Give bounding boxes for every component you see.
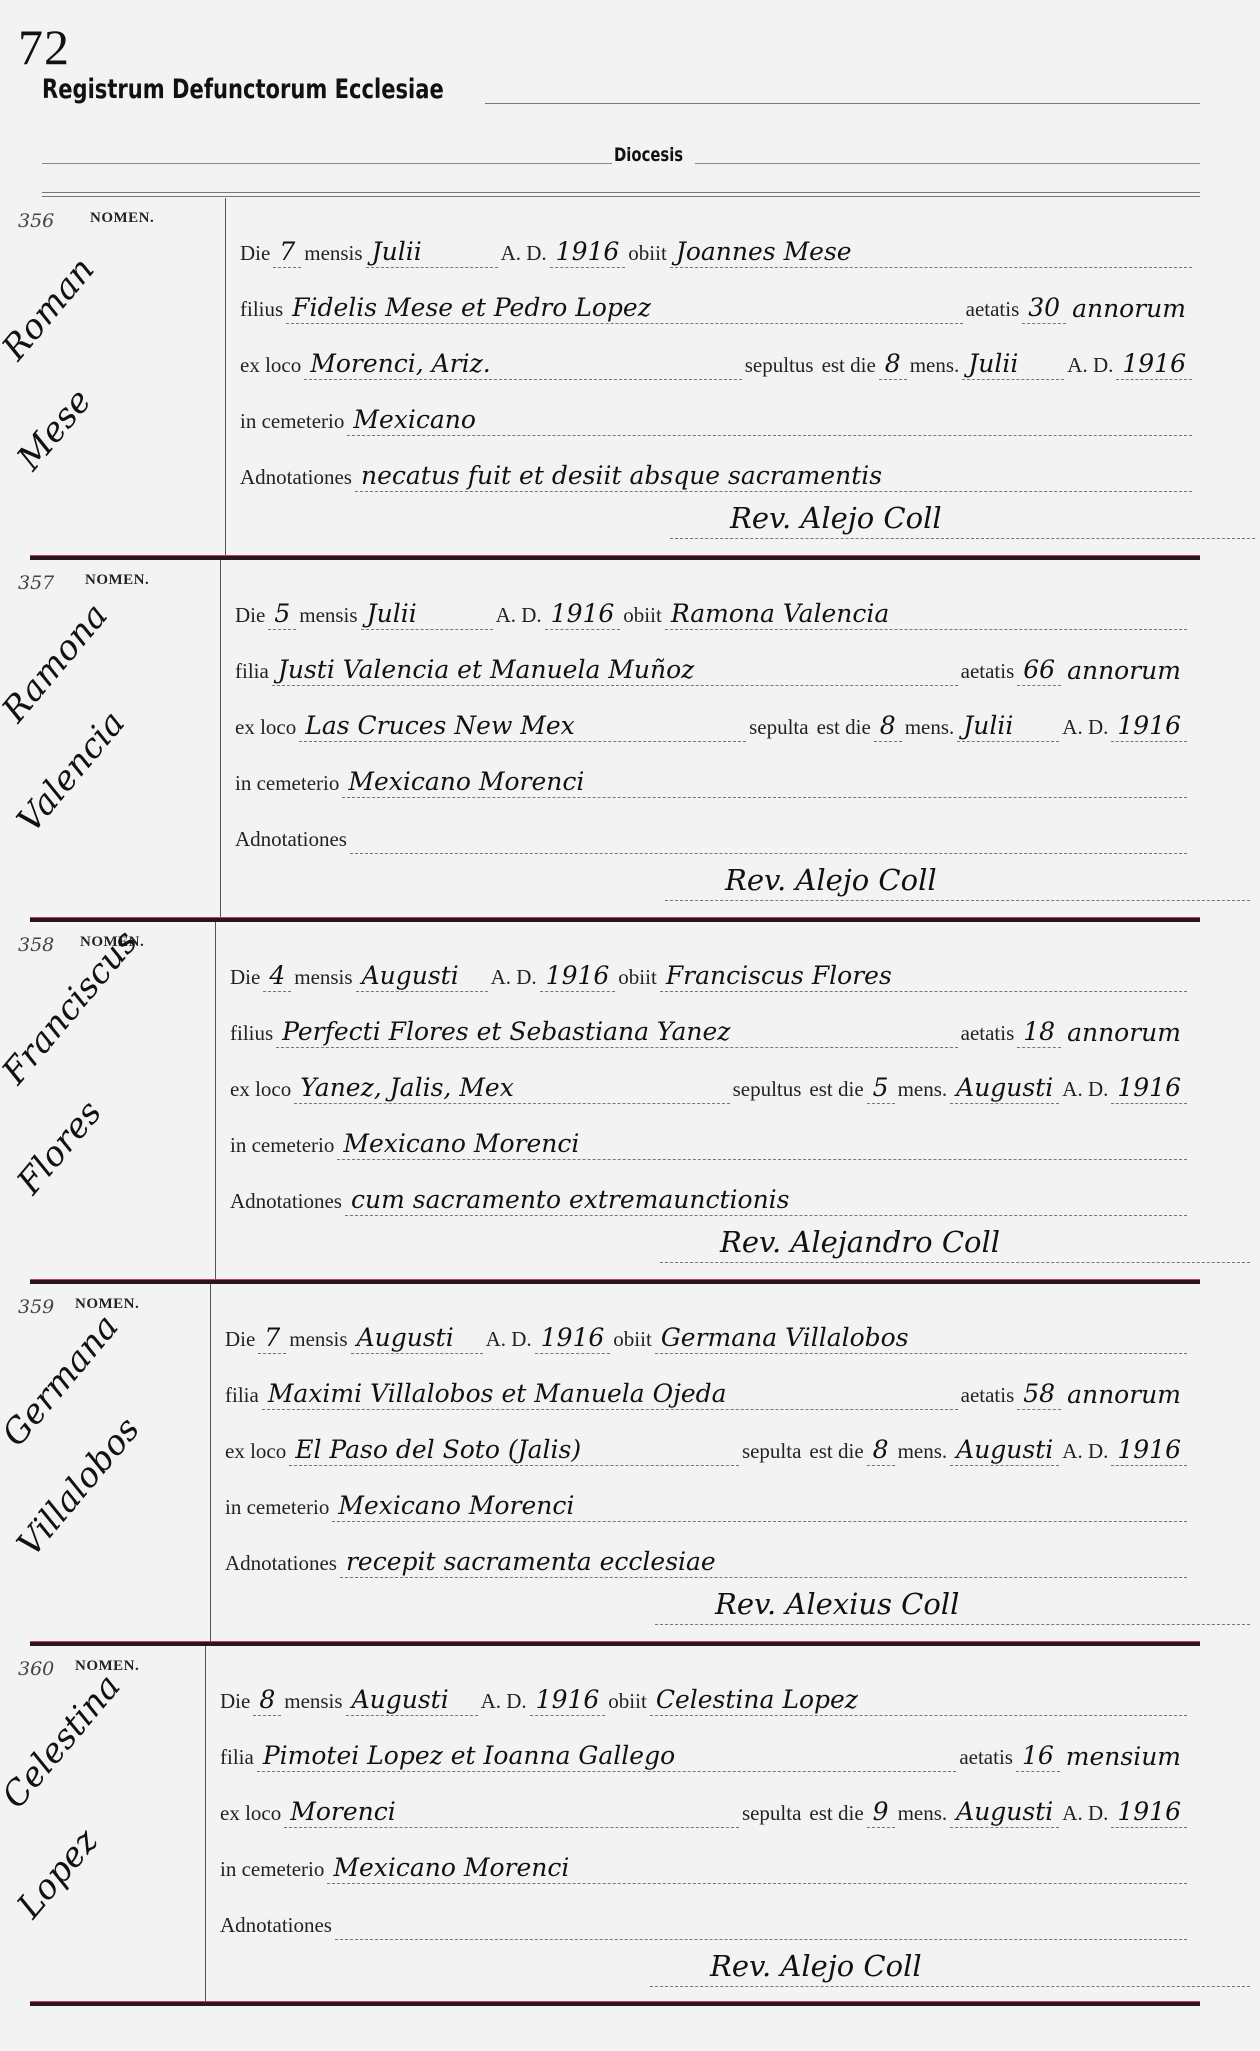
- label-die: Die: [235, 603, 265, 630]
- burial-year: 1916: [1111, 1073, 1187, 1104]
- priest-signature: Rev. Alejo Coll: [670, 498, 1255, 539]
- annotations-text: recepit sacramenta ecclesiae: [340, 1547, 1187, 1578]
- age-value: 30: [1022, 293, 1066, 324]
- death-day: 5: [268, 599, 296, 630]
- cemetery-line: in cemeterio Mexicano Morenci: [235, 758, 1190, 798]
- entry-separator: [30, 2002, 1200, 2006]
- column-divider: [205, 1646, 206, 2006]
- death-year: 1916: [535, 1323, 611, 1354]
- burial-year: 1916: [1111, 1435, 1187, 1466]
- label-sepultus: sepultus: [733, 1077, 802, 1104]
- label-obiit: obiit: [613, 1327, 652, 1354]
- annotations-line: Adnotationes recepit sacramenta ecclesia…: [225, 1538, 1190, 1578]
- burial-line: ex loco El Paso del Soto (Jalis) sepulta…: [225, 1426, 1190, 1466]
- label-in-cemeterio: in cemeterio: [235, 771, 339, 798]
- title-underline: [485, 103, 1200, 104]
- register-title: Registrum Defunctorum Ecclesiae: [42, 74, 444, 105]
- age-unit: annorum: [1067, 1018, 1187, 1048]
- place-of-origin: Morenci: [284, 1797, 739, 1828]
- death-day: 7: [258, 1323, 286, 1354]
- nomen-label: NOMEN.: [90, 210, 154, 227]
- cemetery-name: Mexicano: [347, 405, 1192, 436]
- burial-month: Julii: [962, 349, 1064, 380]
- burial-line: ex loco Yanez, Jalis, Mex sepultus est d…: [230, 1064, 1190, 1104]
- label-aetatis: aetatis: [961, 659, 1015, 686]
- annotations-line: Adnotationes necatus fuit et desiit absq…: [240, 452, 1195, 492]
- death-entry: 359 NOMEN. Germana Villalobos Die 7 mens…: [30, 1284, 1200, 1646]
- parents-line: filius Perfecti Flores et Sebastiana Yan…: [230, 1008, 1190, 1048]
- priest-signature: Rev. Alejandro Coll: [660, 1222, 1250, 1263]
- label-in-cemeterio: in cemeterio: [220, 1857, 324, 1884]
- burial-day: 8: [874, 711, 902, 742]
- annotations-line: Adnotationes cum sacramento extremauncti…: [230, 1176, 1190, 1216]
- cemetery-line: in cemeterio Mexicano Morenci: [220, 1844, 1190, 1884]
- label-adnotationes: Adnotationes: [240, 465, 352, 492]
- label-ex-loco: ex loco: [220, 1801, 281, 1828]
- annotations-text: necatus fuit et desiit absque sacramenti…: [355, 461, 1192, 492]
- margin-given-name: Roman: [0, 250, 102, 368]
- burial-year: 1916: [1111, 1797, 1187, 1828]
- label-in-cemeterio: in cemeterio: [240, 409, 344, 436]
- cemetery-name: Mexicano Morenci: [327, 1853, 1187, 1884]
- diocesis-label: Diocesis: [614, 144, 683, 166]
- label-aetatis: aetatis: [959, 1745, 1013, 1772]
- label-ad-burial: A. D.: [1062, 1801, 1108, 1828]
- label-ex-loco: ex loco: [235, 715, 296, 742]
- column-divider: [225, 198, 226, 560]
- death-date-line: Die 7 mensis Augusti A. D. 1916 obiit Ge…: [225, 1314, 1190, 1354]
- burial-year: 1916: [1111, 711, 1187, 742]
- label-sepultus: sepulta: [742, 1801, 801, 1828]
- death-entry: 357 NOMEN. Ramona Valencia Die 5 mensis …: [30, 560, 1200, 922]
- label-ad: A. D.: [501, 241, 547, 268]
- label-aetatis: aetatis: [966, 297, 1020, 324]
- parents-line: filia Pimotei Lopez et Ioanna Gallego ae…: [220, 1732, 1190, 1772]
- cemetery-line: in cemeterio Mexicano Morenci: [225, 1482, 1190, 1522]
- death-year: 1916: [540, 961, 616, 992]
- age-value: 18: [1017, 1017, 1061, 1048]
- death-day: 8: [253, 1685, 281, 1716]
- burial-month: Augusti: [950, 1435, 1059, 1466]
- death-entry: 360 NOMEN. Celestina Lopez Die 8 mensis …: [30, 1646, 1200, 2006]
- annotations-text: [350, 853, 1187, 854]
- label-mens: mens.: [898, 1077, 948, 1104]
- burial-month: Augusti: [950, 1797, 1059, 1828]
- label-obiit: obiit: [628, 241, 667, 268]
- cemetery-line: in cemeterio Mexicano Morenci: [230, 1120, 1190, 1160]
- label-sepultus: sepultus: [745, 353, 814, 380]
- priest-signature: Rev. Alexius Coll: [655, 1584, 1250, 1625]
- death-year: 1916: [545, 599, 621, 630]
- label-ad-burial: A. D.: [1062, 1077, 1108, 1104]
- label-mensis: mensis: [294, 965, 352, 992]
- label-est-die: est die: [822, 353, 876, 380]
- entry-number: 359: [18, 1296, 54, 1318]
- label-ad-burial: A. D.: [1067, 353, 1113, 380]
- age-value: 66: [1017, 655, 1061, 686]
- label-ad: A. D.: [486, 1327, 532, 1354]
- parents-line: filia Justi Valencia et Manuela Muñoz ae…: [235, 646, 1190, 686]
- burial-day: 9: [867, 1797, 895, 1828]
- death-entry: 358 NOMEN. Franciscus Flores Die 4 mensi…: [30, 922, 1200, 1284]
- label-filius: filia: [235, 659, 269, 686]
- label-mensis: mensis: [299, 603, 357, 630]
- entry-number: 357: [18, 572, 54, 594]
- label-est-die: est die: [809, 1077, 863, 1104]
- age-value: 16: [1016, 1741, 1060, 1772]
- parents-names: Perfecti Flores et Sebastiana Yanez: [276, 1017, 957, 1048]
- parents-names: Pimotei Lopez et Ioanna Gallego: [257, 1741, 956, 1772]
- death-year: 1916: [550, 237, 626, 268]
- label-mensis: mensis: [284, 1689, 342, 1716]
- label-filius: filia: [225, 1383, 259, 1410]
- annotations-text: [335, 1939, 1187, 1940]
- label-sepultus: sepulta: [742, 1439, 801, 1466]
- cemetery-name: Mexicano Morenci: [337, 1129, 1187, 1160]
- death-month: Julii: [361, 599, 493, 630]
- label-ad: A. D.: [496, 603, 542, 630]
- label-ad-burial: A. D.: [1062, 715, 1108, 742]
- label-adnotationes: Adnotationes: [220, 1913, 332, 1940]
- burial-line: ex loco Las Cruces New Mex sepulta est d…: [235, 702, 1190, 742]
- place-of-origin: Las Cruces New Mex: [299, 711, 746, 742]
- column-divider: [220, 560, 221, 922]
- burial-year: 1916: [1116, 349, 1192, 380]
- burial-month: Julii: [957, 711, 1059, 742]
- cemetery-name: Mexicano Morenci: [342, 767, 1187, 798]
- label-mens: mens.: [898, 1439, 948, 1466]
- entry-number: 358: [18, 934, 54, 956]
- label-ex-loco: ex loco: [230, 1077, 291, 1104]
- label-sepultus: sepulta: [749, 715, 808, 742]
- death-date-line: Die 8 mensis Augusti A. D. 1916 obiit Ce…: [220, 1676, 1190, 1716]
- annotations-text: cum sacramento extremaunctionis: [345, 1185, 1187, 1216]
- burial-day: 5: [867, 1073, 895, 1104]
- label-die: Die: [225, 1327, 255, 1354]
- cemetery-line: in cemeterio Mexicano: [240, 396, 1195, 436]
- column-divider: [215, 922, 216, 1284]
- label-mens: mens.: [905, 715, 955, 742]
- death-month: Augusti: [356, 961, 488, 992]
- death-month: Augusti: [346, 1685, 478, 1716]
- label-die: Die: [240, 241, 270, 268]
- priest-signature: Rev. Alejo Coll: [650, 1946, 1250, 1987]
- label-ex-loco: ex loco: [240, 353, 301, 380]
- death-year: 1916: [530, 1685, 606, 1716]
- death-entry: 356 NOMEN. Roman Mese Die 7 mensis Julii…: [30, 198, 1200, 560]
- margin-surname: Lopez: [9, 1821, 106, 1926]
- label-adnotationes: Adnotationes: [230, 1189, 342, 1216]
- parents-line: filius Fidelis Mese et Pedro Lopez aetat…: [240, 284, 1195, 324]
- nomen-label: NOMEN.: [85, 572, 149, 589]
- label-in-cemeterio: in cemeterio: [225, 1495, 329, 1522]
- death-month: Julii: [366, 237, 498, 268]
- deceased-name: Ramona Valencia: [665, 599, 1187, 630]
- label-est-die: est die: [809, 1801, 863, 1828]
- margin-surname: Mese: [9, 381, 99, 478]
- burial-month: Augusti: [950, 1073, 1059, 1104]
- death-day: 7: [273, 237, 301, 268]
- margin-given-name: Celestina: [0, 1667, 129, 1816]
- margin-surname: Flores: [9, 1093, 110, 1202]
- burial-line: ex loco Morenci, Ariz. sepultus est die …: [240, 340, 1195, 380]
- diocesis-line-left: [42, 163, 612, 164]
- age-value: 58: [1017, 1379, 1061, 1410]
- label-aetatis: aetatis: [961, 1383, 1015, 1410]
- deceased-name: Franciscus Flores: [660, 961, 1187, 992]
- death-month: Augusti: [351, 1323, 483, 1354]
- label-adnotationes: Adnotationes: [225, 1551, 337, 1578]
- label-die: Die: [220, 1689, 250, 1716]
- label-est-die: est die: [817, 715, 871, 742]
- label-ad: A. D.: [481, 1689, 527, 1716]
- diocesis-line-right: [695, 163, 1200, 164]
- entry-number: 356: [18, 210, 54, 232]
- burial-line: ex loco Morenci sepulta est die 9 mens. …: [220, 1788, 1190, 1828]
- deceased-name: Joannes Mese: [670, 237, 1192, 268]
- top-double-rule: [42, 192, 1200, 197]
- cemetery-name: Mexicano Morenci: [332, 1491, 1187, 1522]
- death-date-line: Die 4 mensis Augusti A. D. 1916 obiit Fr…: [230, 952, 1190, 992]
- place-of-origin: Yanez, Jalis, Mex: [294, 1073, 729, 1104]
- place-of-origin: Morenci, Ariz.: [304, 349, 741, 380]
- death-day: 4: [263, 961, 291, 992]
- parents-names: Fidelis Mese et Pedro Lopez: [286, 293, 962, 324]
- parents-names: Maximi Villalobos et Manuela Ojeda: [262, 1379, 958, 1410]
- label-filius: filius: [240, 297, 283, 324]
- label-mensis: mensis: [289, 1327, 347, 1354]
- label-obiit: obiit: [608, 1689, 647, 1716]
- label-filius: filius: [230, 1021, 273, 1048]
- age-unit: mensium: [1066, 1742, 1187, 1772]
- label-ad-burial: A. D.: [1062, 1439, 1108, 1466]
- death-date-line: Die 5 mensis Julii A. D. 1916 obiit Ramo…: [235, 590, 1190, 630]
- label-ad: A. D.: [491, 965, 537, 992]
- nomen-label: NOMEN.: [75, 1296, 139, 1313]
- label-adnotationes: Adnotationes: [235, 827, 347, 854]
- column-divider: [210, 1284, 211, 1646]
- burial-day: 8: [867, 1435, 895, 1466]
- annotations-line: Adnotationes: [220, 1900, 1190, 1940]
- label-ex-loco: ex loco: [225, 1439, 286, 1466]
- label-in-cemeterio: in cemeterio: [230, 1133, 334, 1160]
- label-obiit: obiit: [623, 603, 662, 630]
- age-unit: annorum: [1067, 656, 1187, 686]
- label-mensis: mensis: [304, 241, 362, 268]
- deceased-name: Celestina Lopez: [650, 1685, 1187, 1716]
- death-date-line: Die 7 mensis Julii A. D. 1916 obiit Joan…: [240, 228, 1195, 268]
- label-filius: filia: [220, 1745, 254, 1772]
- age-unit: annorum: [1067, 1380, 1187, 1410]
- burial-day: 8: [879, 349, 907, 380]
- age-unit: annorum: [1072, 294, 1192, 324]
- place-of-origin: El Paso del Soto (Jalis): [289, 1435, 739, 1466]
- page-number: 72: [18, 18, 70, 76]
- priest-signature: Rev. Alejo Coll: [665, 860, 1250, 901]
- label-est-die: est die: [809, 1439, 863, 1466]
- label-aetatis: aetatis: [961, 1021, 1015, 1048]
- parents-names: Justi Valencia et Manuela Muñoz: [272, 655, 958, 686]
- deceased-name: Germana Villalobos: [655, 1323, 1187, 1354]
- label-mens: mens.: [910, 353, 960, 380]
- label-die: Die: [230, 965, 260, 992]
- nomen-label: NOMEN.: [75, 1658, 139, 1675]
- parents-line: filia Maximi Villalobos et Manuela Ojeda…: [225, 1370, 1190, 1410]
- label-obiit: obiit: [618, 965, 657, 992]
- annotations-line: Adnotationes: [235, 814, 1190, 854]
- label-mens: mens.: [898, 1801, 948, 1828]
- entry-number: 360: [18, 1658, 54, 1680]
